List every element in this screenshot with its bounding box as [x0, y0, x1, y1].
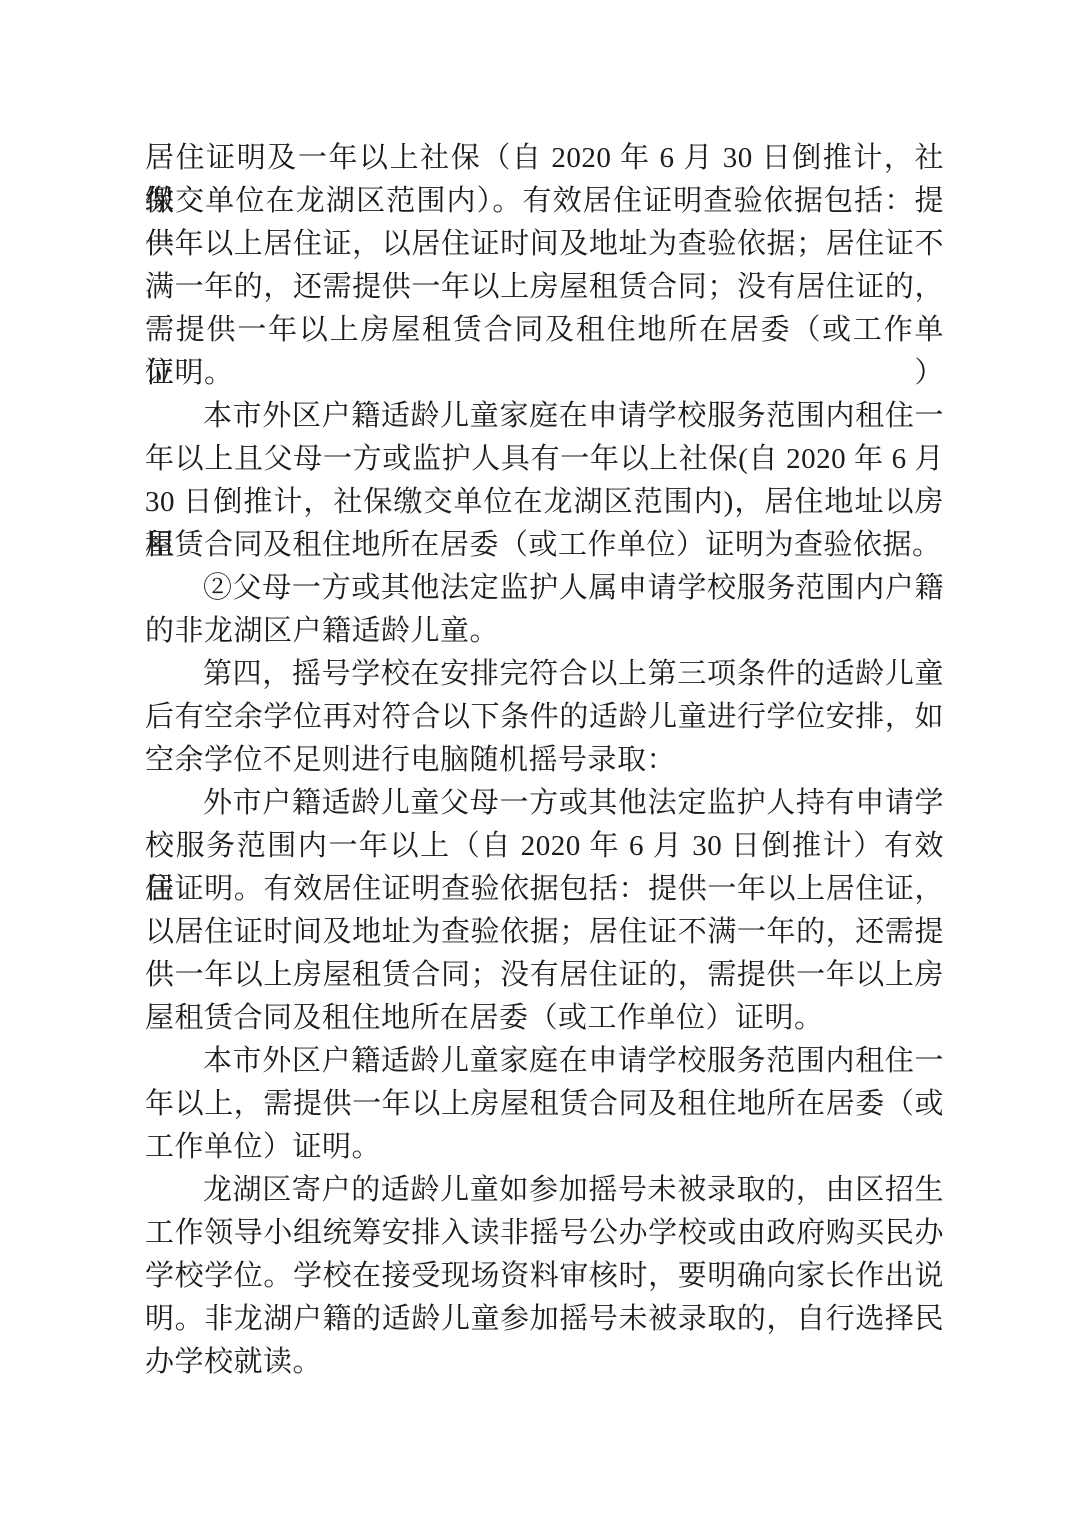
document-page: 居住证明及一年以上社保（自 2020 年 6 月 30 日倒推计，社保缴交单位在…	[0, 0, 1080, 1527]
text-line: 空余学位不足则进行电脑随机摇号录取：	[145, 739, 944, 782]
text-line: 工作领导小组统筹安排入读非摇号公办学校或由政府购买民办	[145, 1212, 944, 1255]
text-line: 年以上，需提供一年以上房屋租赁合同及租住地所在居委（或	[145, 1083, 944, 1126]
text-line: 缴交单位在龙湖区范围内）。有效居住证明查验依据包括：提供	[145, 180, 944, 223]
text-line: 以居住证时间及地址为查验依据；居住证不满一年的，还需提	[145, 911, 944, 954]
text-line: 居住证明及一年以上社保（自 2020 年 6 月 30 日倒推计，社保	[145, 137, 944, 180]
paragraph: 龙湖区寄户的适龄儿童如参加摇号未被录取的，由区招生工作领导小组统筹安排入读非摇号…	[145, 1169, 944, 1384]
text-line: 外市户籍适龄儿童父母一方或其他法定监护人持有申请学	[145, 782, 944, 825]
text-line: ②父母一方或其他法定监护人属申请学校服务范围内户籍	[145, 567, 944, 610]
text-line: 本市外区户籍适龄儿童家庭在申请学校服务范围内租住一	[145, 1040, 944, 1083]
paragraph: 本市外区户籍适龄儿童家庭在申请学校服务范围内租住一年以上且父母一方或监护人具有一…	[145, 395, 944, 567]
text-line: 校服务范围内一年以上（自 2020 年 6 月 30 日倒推计）有效居	[145, 825, 944, 868]
text-line: 学校学位。学校在接受现场资料审核时，要明确向家长作出说	[145, 1255, 944, 1298]
text-line: 的非龙湖区户籍适龄儿童。	[145, 610, 944, 653]
text-line: 住证明。有效居住证明查验依据包括：提供一年以上居住证，	[145, 868, 944, 911]
paragraph: ②父母一方或其他法定监护人属申请学校服务范围内户籍的非龙湖区户籍适龄儿童。	[145, 567, 944, 653]
paragraph: 第四，摇号学校在安排完符合以上第三项条件的适龄儿童后有空余学位再对符合以下条件的…	[145, 653, 944, 782]
text-line: 租赁合同及租住地所在居委（或工作单位）证明为查验依据。	[145, 524, 944, 567]
text-line: 30 日倒推计，社保缴交单位在龙湖区范围内)，居住地址以房屋	[145, 481, 944, 524]
paragraph: 外市户籍适龄儿童父母一方或其他法定监护人持有申请学校服务范围内一年以上（自 20…	[145, 782, 944, 1040]
text-line: 龙湖区寄户的适龄儿童如参加摇号未被录取的，由区招生	[145, 1169, 944, 1212]
text-line: 第四，摇号学校在安排完符合以上第三项条件的适龄儿童	[145, 653, 944, 696]
text-line: 需提供一年以上房屋租赁合同及租住地所在居委（或工作单位）	[145, 309, 944, 352]
paragraph: 本市外区户籍适龄儿童家庭在申请学校服务范围内租住一年以上，需提供一年以上房屋租赁…	[145, 1040, 944, 1169]
text-line: 一年以上居住证，以居住证时间及地址为查验依据；居住证不	[145, 223, 944, 266]
text-line: 后有空余学位再对符合以下条件的适龄儿童进行学位安排，如	[145, 696, 944, 739]
text-line: 屋租赁合同及租住地所在居委（或工作单位）证明。	[145, 997, 944, 1040]
text-line: 工作单位）证明。	[145, 1126, 944, 1169]
text-line: 年以上且父母一方或监护人具有一年以上社保(自 2020 年 6 月	[145, 438, 944, 481]
text-line: 办学校就读。	[145, 1341, 944, 1384]
paragraph: 居住证明及一年以上社保（自 2020 年 6 月 30 日倒推计，社保缴交单位在…	[145, 137, 944, 395]
text-line: 供一年以上房屋租赁合同；没有居住证的，需提供一年以上房	[145, 954, 944, 997]
text-line: 满一年的，还需提供一年以上房屋租赁合同；没有居住证的，	[145, 266, 944, 309]
text-line: 明。非龙湖户籍的适龄儿童参加摇号未被录取的，自行选择民	[145, 1298, 944, 1341]
text-line: 本市外区户籍适龄儿童家庭在申请学校服务范围内租住一	[145, 395, 944, 438]
